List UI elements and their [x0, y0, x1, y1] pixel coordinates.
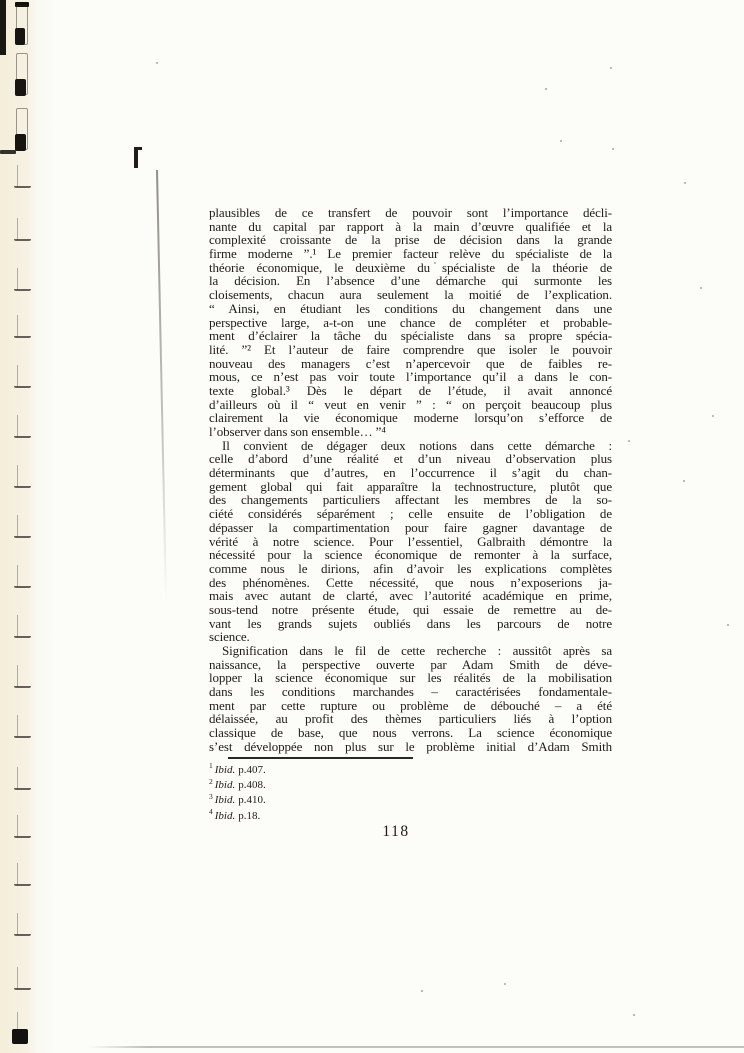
text-line: l’observer dans son ensemble… ”⁴ — [209, 425, 612, 439]
footnote-ref: Ibid. — [215, 764, 235, 776]
text-line: clairement la vie économique moderne lor… — [209, 411, 612, 425]
dust-speck — [545, 88, 547, 90]
text-line: gement global qui fait apparaître la tec… — [209, 480, 612, 494]
text-line: ment d’éclairer la tâche du spécialiste … — [209, 329, 612, 343]
text-line: vérité à notre science. Pour l’essentiel… — [209, 535, 612, 549]
footnote-number: 4 — [209, 807, 213, 816]
text-line: ciété considérés séparément ; celle ensu… — [209, 507, 612, 521]
text-line: comme nous le dirions, afin d’avoir les … — [209, 562, 612, 576]
text-line: théorie économique, le deuxième du spéci… — [209, 261, 612, 275]
text-line: d’ailleurs où il “ veut en venir ” : “ o… — [209, 398, 612, 412]
text-line: la décision. En l’absence d’une démarche… — [209, 274, 612, 288]
dust-speck — [612, 148, 614, 150]
page-number: 118 — [372, 823, 420, 841]
text-line: plausibles de ce transfert de pouvoir so… — [209, 206, 612, 220]
text-line: dans les conditions marchandes – caracté… — [209, 685, 612, 699]
text-line: déterminants que d’autres, en l’occurren… — [209, 466, 612, 480]
footnote-separator — [228, 757, 413, 759]
dust-speck — [610, 67, 612, 69]
ink-mark-top-left — [0, 0, 6, 55]
dust-speck — [684, 182, 686, 184]
dust-speck — [712, 415, 714, 417]
text-line: ment par cette rupture ou problème de dé… — [209, 699, 612, 713]
text-line: firme moderne ”.¹ Le premier facteur rel… — [209, 247, 612, 261]
text-line: cloisements, chacun aura seulement la mo… — [209, 288, 612, 302]
text-line: celle d’abord d’une réalité et d’un nive… — [209, 452, 612, 466]
footnote: 1Ibid.p.407. — [209, 763, 266, 778]
text-line: texte global.³ Dès le départ de l’étude,… — [209, 384, 612, 398]
text-line: “ Ainsi, en étudiant les conditions du c… — [209, 302, 612, 316]
text-line: des phénomènes. Cette nécessité, que nou… — [209, 576, 612, 590]
footnote-ref: Ibid. — [215, 779, 235, 791]
ink-mark-bracket — [134, 147, 138, 168]
dust-speck — [628, 440, 630, 442]
text-line: perspective large, a-t-on une chance de … — [209, 316, 612, 330]
footnote-ref: Ibid. — [215, 810, 235, 822]
footnote-ref: Ibid. — [215, 794, 235, 806]
page-bottom-edge — [88, 1046, 744, 1048]
text-line: dépasser la compartimentation pour faire… — [209, 521, 612, 535]
dust-speck — [434, 262, 436, 264]
text-line: science. — [209, 630, 612, 644]
crease-line — [156, 170, 167, 602]
paragraph: Signification dans le fil de cette reche… — [209, 644, 612, 754]
paragraph: plausibles de ce transfert de pouvoir so… — [209, 206, 612, 439]
dust-speck — [421, 990, 423, 992]
paragraph: Il convient de dégager deux notions dans… — [209, 439, 612, 644]
scanned-book-page: plausibles de ce transfert de pouvoir so… — [0, 0, 744, 1053]
dust-speck — [633, 1014, 635, 1016]
footnote-page: p.18. — [238, 810, 260, 822]
text-line: Il convient de dégager deux notions dans… — [209, 439, 612, 453]
footnote-page: p.407. — [238, 764, 266, 776]
dust-speck — [700, 287, 702, 289]
dust-speck — [156, 62, 158, 64]
text-line: vant les grands sujets oubliés dans les … — [209, 617, 612, 631]
dust-speck — [683, 480, 685, 482]
text-line: mais avec autant de clarté, avec l’autor… — [209, 589, 612, 603]
footnote-number: 1 — [209, 761, 213, 770]
text-line: classique de base, que nous verrons. La … — [209, 726, 612, 740]
text-line: nécessité pour la science économique de … — [209, 548, 612, 562]
footnotes: 1Ibid.p.407.2Ibid.p.408.3Ibid.p.410.4Ibi… — [209, 763, 266, 824]
footnote-page: p.410. — [238, 794, 266, 806]
text-block: plausibles de ce transfert de pouvoir so… — [209, 206, 612, 754]
text-line: Signification dans le fil de cette reche… — [209, 644, 612, 658]
dust-speck — [504, 983, 506, 985]
text-line: nante du capital par rapport à la main d… — [209, 220, 612, 234]
footnote: 4Ibid.p.18. — [209, 809, 266, 824]
ink-mark-margin-dash — [0, 150, 16, 154]
text-line: nouveau des managers c’est n’apercevoir … — [209, 357, 612, 371]
text-line: délaissée, au profit des thèmes particul… — [209, 712, 612, 726]
footnote-number: 3 — [209, 792, 213, 801]
footnote: 3Ibid.p.410. — [209, 793, 266, 808]
footnote-page: p.408. — [238, 779, 266, 791]
text-line: naissance, la perspective ouverte par Ad… — [209, 658, 612, 672]
footnote: 2Ibid.p.408. — [209, 778, 266, 793]
footnote-number: 2 — [209, 777, 213, 786]
text-line: des changements particuliers affectant l… — [209, 493, 612, 507]
text-line: lopper la science économique sur les réa… — [209, 671, 612, 685]
dust-speck — [560, 140, 562, 142]
text-line: complexité croissante de la prise de déc… — [209, 233, 612, 247]
text-line: lité. ”² Et l’auteur de faire comprendre… — [209, 343, 612, 357]
text-line: mous, ce n’est pas voir toute l’importan… — [209, 370, 612, 384]
text-line: s’est développée non plus sur le problèm… — [209, 740, 612, 754]
text-line: sous-tend notre présente étude, qui essa… — [209, 603, 612, 617]
dust-speck — [727, 624, 729, 626]
